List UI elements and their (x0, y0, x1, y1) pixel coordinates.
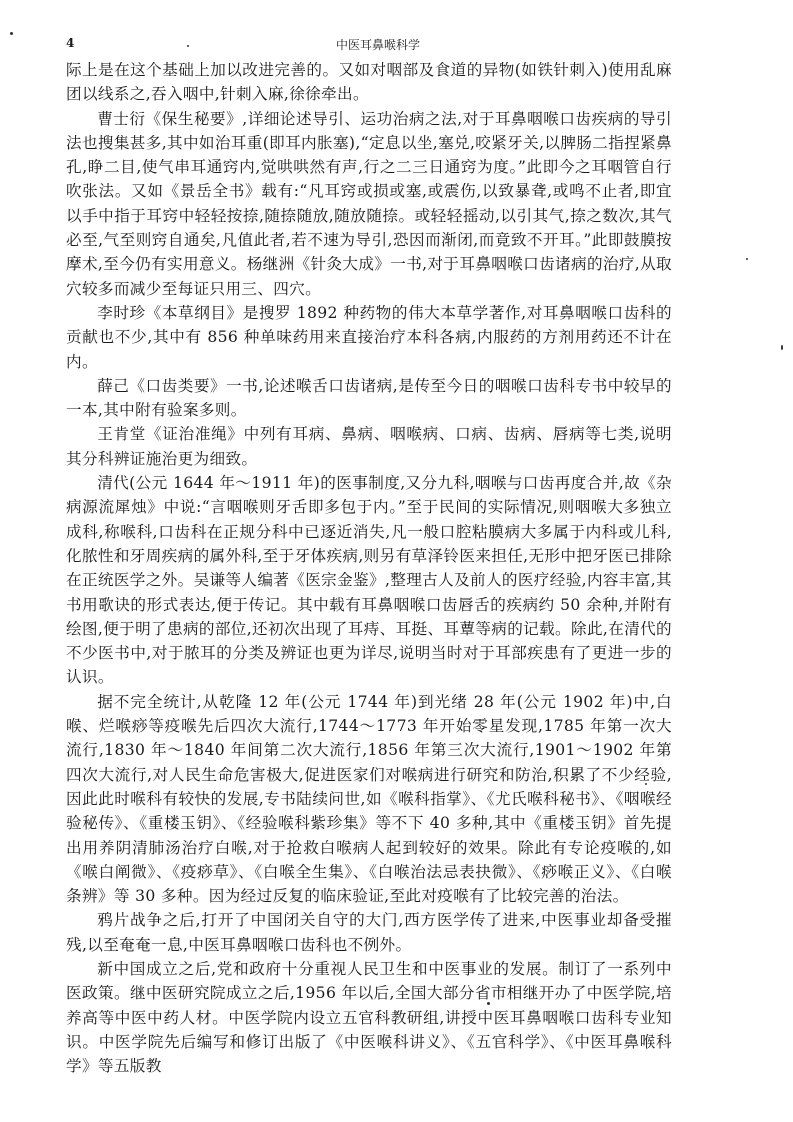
running-title: 中医耳鼻喉科学 (336, 36, 420, 53)
scan-speck (781, 345, 783, 350)
paragraph: 薛己《口齿类要》一书,论述喉舌口齿诸病,是传至今日的咽喉口齿科专书中较早的一本,… (66, 374, 672, 423)
paragraph: 李时珍《本草纲目》是搜罗 1892 种药物的伟大本草学著作,对耳鼻咽喉口齿科的贡… (66, 301, 672, 374)
scan-speck (487, 1002, 490, 1005)
paragraph: 曹士衍《保生秘要》,详细论述导引、运功治病之法,对于耳鼻咽喉口齿疾病的导引法也搜… (66, 107, 672, 301)
paragraph: 鸦片战争之后,打开了中国闭关自守的大门,西方医学传了进来,中医事业却备受摧残,以… (66, 908, 672, 957)
body-text: 际上是在这个基础上加以改进完善的。又如对咽部及食道的异物(如铁针刺入)使用乱麻团… (66, 58, 672, 1078)
paragraph: 王肯堂《证治准绳》中列有耳病、鼻病、咽喉病、口病、齿病、唇病等七类,说明其分科辨… (66, 422, 672, 471)
paragraph: 际上是在这个基础上加以改进完善的。又如对咽部及食道的异物(如铁针刺入)使用乱麻团… (66, 58, 672, 107)
book-page: 4 中医耳鼻喉科学 际上是在这个基础上加以改进完善的。又如对咽部及食道的异物(如… (0, 0, 793, 1122)
page-header: 4 中医耳鼻喉科学 (66, 36, 666, 56)
scan-speck (645, 783, 647, 785)
scan-speck (187, 45, 189, 47)
paragraph: 清代(公元 1644 年～1911 年)的医事制度,又分九科,咽喉与口齿再度合并… (66, 471, 672, 690)
paragraph: 新中国成立之后,党和政府十分重视人民卫生和中医事业的发展。制订了一系列中医政策。… (66, 957, 672, 1078)
page-number: 4 (66, 36, 74, 50)
paragraph: 据不完全统计,从乾隆 12 年(公元 1744 年)到光绪 28 年(公元 19… (66, 690, 672, 909)
scan-speck (10, 32, 13, 35)
scan-speck (746, 258, 748, 260)
